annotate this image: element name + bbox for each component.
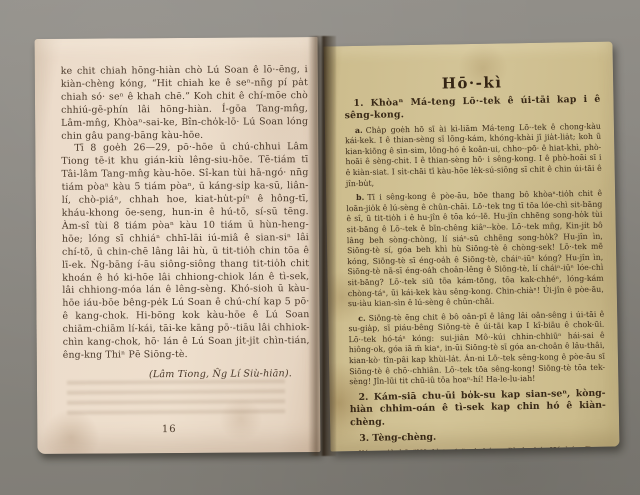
book-spine-gutter-shadow — [308, 36, 336, 456]
section-1-heading: 1. Khòaⁿ Má-teng Lō·-tek ê úi-tāi kap i … — [344, 93, 600, 121]
left-page-text-block: ke chit chiah hōng-hiàn chò Lú Soan ê lō… — [61, 64, 310, 382]
page-number: 16 — [37, 423, 301, 436]
paragraph-b: b.Tī i sêng-kong ê pòe-āu, bōe thang bô … — [346, 189, 604, 310]
left-paragraph-report: Tī 8 goe̍h 26—29, pō·-hōe ū chú-chhui Lâ… — [61, 142, 310, 363]
section-3-heading: 3. Tèng-chèng. — [350, 429, 606, 446]
book-scan-background: ke chit chiah hōng-hiàn chò Lú Soan ê lō… — [0, 0, 640, 495]
page-title: Hō·-kì — [344, 76, 600, 91]
paragraph-c: c.Siōng-tè ēng chit ê bô oân-pī ê lâng l… — [348, 309, 605, 388]
show-through-text-ghosting — [67, 379, 285, 415]
paragraph-a-label: a. — [345, 125, 366, 134]
paragraph-b-text: Tī i sêng-kong ê pòe-āu, bōe thang bô kh… — [346, 189, 604, 308]
left-paragraph-continuation: ke chit chiah hōng-hiàn chò Lú Soan ê lō… — [61, 64, 309, 143]
right-page-text-block: Hō·-kì 1. Khòaⁿ Má-teng Lō·-tek ê úi-tāi… — [344, 76, 607, 452]
paragraph-a-text: Cha̍p goe̍h hō sī ài kì-liām Má-teng Lō·… — [345, 121, 602, 187]
closing-errata-note: Káu goe̍h hō “Hō·-kì te 1.” só· kóng; Ph… — [351, 445, 607, 451]
left-page: ke chit chiah hōng-hiàn chò Lú Soan ê lō… — [35, 37, 321, 454]
paragraph-c-label: c. — [348, 313, 369, 322]
paragraph-b-label: b. — [346, 193, 367, 202]
section-2-heading: 2. Kám-siā chu-ūi bo̍k-su kap sian-seⁿ, … — [350, 388, 607, 430]
paragraph-a: a.Cha̍p goe̍h hō sī ài kì-liām Má-teng L… — [345, 121, 602, 189]
paragraph-c-text: Siōng-tè ēng chit ê bô oân-pī ê lâng lâi… — [348, 309, 605, 386]
right-page: Hō·-kì 1. Khòaⁿ Má-teng Lō·-tek ê úi-tāi… — [323, 42, 619, 452]
